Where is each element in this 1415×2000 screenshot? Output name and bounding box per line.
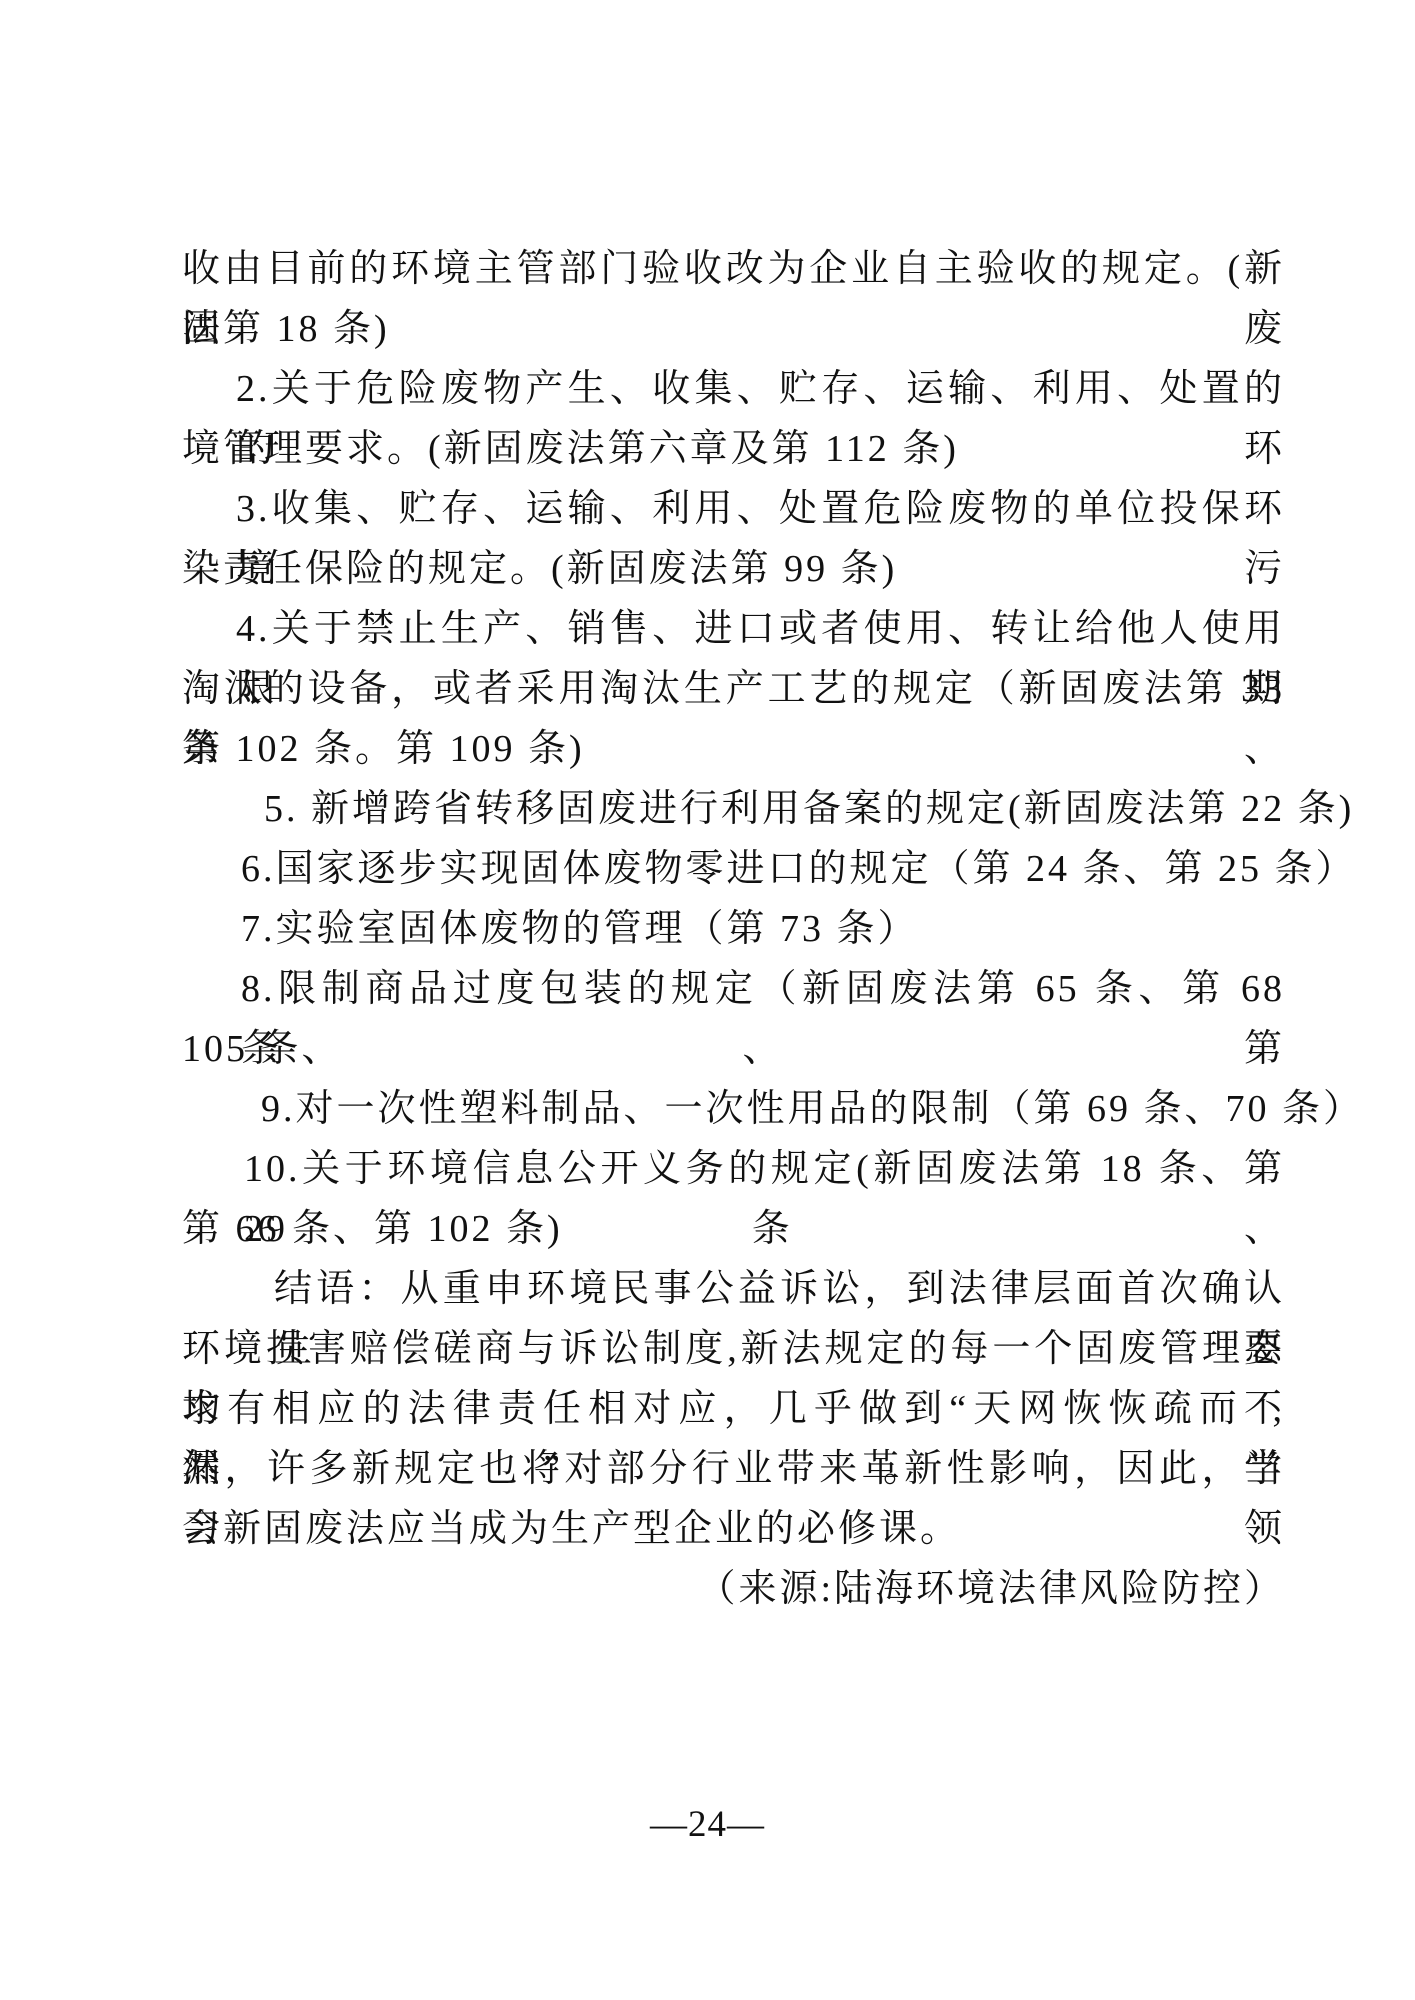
text-line: 6.国家逐步实现固体废物零进口的规定（第 24 条、第 25 条） (182, 839, 1285, 899)
text-line: 7.实验室固体废物的管理（第 73 条） (182, 899, 1285, 959)
text-line: 5. 新增跨省转移固废进行利用备案的规定(新固废法第 22 条) (182, 779, 1285, 839)
text-line: 9.对一次性塑料制品、一次性用品的限制（第 69 条、70 条） (182, 1079, 1285, 1139)
text-block: 收由目前的环境主管部门验收改为企业自主验收的规定。(新固废 法第 18 条) 2… (182, 239, 1285, 1619)
text-line: 10.关于环境信息公开义务的规定(新固废法第 18 条、第 29 条、 (182, 1139, 1285, 1199)
text-line: 均有相应的法律责任相对应，几乎做到“天网恢恢疏而不漏”。当 (182, 1379, 1285, 1439)
text-line: 环境损害赔偿磋商与诉讼制度,新法规定的每一个固废管理要求, (182, 1319, 1285, 1379)
text-line: 收由目前的环境主管部门验收改为企业自主验收的规定。(新固废 (182, 239, 1285, 299)
text-line: 2.关于危险废物产生、收集、贮存、运输、利用、处置的的环 (182, 359, 1285, 419)
text-line: 3.收集、贮存、运输、利用、处置危险废物的单位投保环境污 (182, 479, 1285, 539)
page-number: —24— (0, 1800, 1415, 1850)
document-page: 收由目前的环境主管部门验收改为企业自主验收的规定。(新固废 法第 18 条) 2… (0, 0, 1415, 2000)
text-line: 4.关于禁止生产、销售、进口或者使用、转让给他人使用限期 (182, 599, 1285, 659)
source-attribution-line: （来源:陆海环境法律风险防控） (182, 1559, 1285, 1619)
text-line: 8.限制商品过度包装的规定（新固废法第 65 条、第 68 条、第 (182, 959, 1285, 1019)
text-line: 然，许多新规定也将对部分行业带来革新性影响，因此，学习领 (182, 1439, 1285, 1499)
text-line: 淘汰的设备，或者采用淘汰生产工艺的规定（新固废法第 33 条、 (182, 659, 1285, 719)
text-line: 结语：从重申环境民事公益诉讼，到法律层面首次确认生态 (182, 1259, 1285, 1319)
